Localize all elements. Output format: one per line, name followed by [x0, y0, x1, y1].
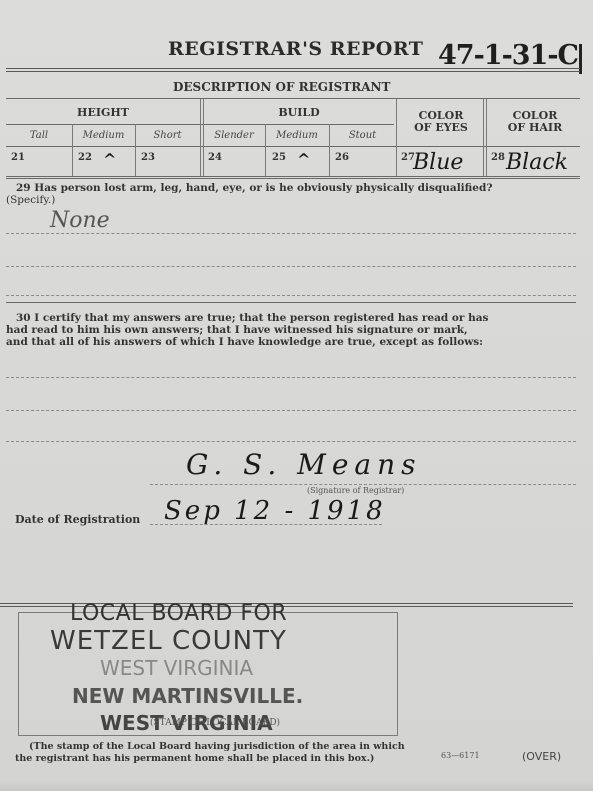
field-26: 26: [335, 152, 349, 163]
field-23: 23: [141, 152, 155, 163]
height-group-header: HEIGHT: [6, 106, 200, 119]
stamp-line-2: WETZEL COUNTY: [50, 626, 287, 656]
stamp-line-1: LOCAL BOARD FOR: [70, 601, 287, 626]
field-21: 21: [11, 152, 25, 163]
col-short: Short: [135, 130, 200, 141]
serial-number: 47-1-31-C: [438, 40, 578, 71]
col-tall: Tall: [6, 130, 72, 141]
build-medium-mark: ^: [297, 150, 310, 169]
serial-mark: [579, 44, 582, 74]
date-value: Sep 12 - 1918: [164, 496, 386, 526]
divider: [6, 98, 580, 99]
over-label: (OVER): [522, 750, 561, 763]
date-label: Date of Registration: [15, 513, 140, 526]
stamp-box-caption: (STAMP OF LOCAL BOARD): [150, 718, 280, 728]
question-29: 29 Has person lost arm, leg, hand, eye, …: [6, 182, 586, 206]
height-medium-mark: ^: [103, 150, 116, 169]
registrar-signature: G. S. Means: [186, 448, 422, 481]
question-30: 30 I certify that my answers are true; t…: [6, 312, 586, 348]
col-height-medium: Medium: [72, 130, 135, 141]
divider: [6, 71, 580, 72]
eye-color-value: Blue: [413, 150, 463, 175]
divider: [6, 68, 580, 69]
stamp-instructions: (The stamp of the Local Board having jur…: [15, 741, 415, 765]
report-title: REGISTRAR'S REPORT: [168, 38, 423, 60]
stamp-line-3: WEST VIRGINIA: [100, 656, 253, 680]
col-build-medium: Medium: [265, 130, 329, 141]
hair-color-value: Black: [506, 150, 568, 175]
field-24: 24: [208, 152, 222, 163]
eyes-header: COLOR OF EYES: [400, 110, 482, 134]
stamp-line-4: NEW MARTINSVILLE.: [72, 684, 303, 708]
field-28: 28: [491, 152, 505, 163]
build-group-header: BUILD: [204, 106, 394, 119]
form-code: 63—6171: [441, 751, 480, 760]
draft-card-back: REGISTRAR'S REPORT 47-1-31-C DESCRIPTION…: [0, 0, 593, 791]
signature-caption: (Signature of Registrar): [307, 486, 404, 495]
col-slender: Slender: [203, 130, 265, 141]
field-25: 25: [272, 152, 286, 163]
col-stout: Stout: [329, 130, 396, 141]
q29-answer: None: [50, 208, 110, 233]
field-22: 22: [78, 152, 92, 163]
hair-header: COLOR OF HAIR: [488, 110, 582, 134]
section-subtitle: DESCRIPTION OF REGISTRANT: [173, 80, 390, 94]
